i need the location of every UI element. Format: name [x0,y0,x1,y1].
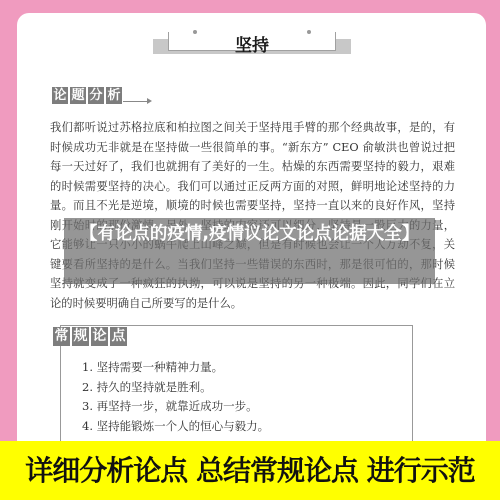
title-banner: 坚持 [153,25,351,55]
section-label-common-points: 常 规 论 点 [53,327,127,346]
list-item: 3. 再坚持一步，就靠近成功一步。 [82,397,269,417]
footer-banner: 详细分析论点 总结常规论点 进行示范 [0,441,500,500]
list-item: 2. 持久的坚持就是胜利。 [82,378,269,398]
section-label-char: 论 [91,327,108,346]
section-label-char: 论 [52,87,68,104]
page-title: 坚持 [169,31,335,56]
arrow-right-icon [147,98,152,104]
arrow-line [123,101,149,102]
title-box: 坚持 [168,32,336,51]
list-item: 4. 坚持能锻炼一个人的恒心与毅力。 [82,417,269,437]
section-label-char: 析 [106,87,122,104]
section-label-char: 点 [110,327,127,346]
section-label-char: 常 [53,327,70,346]
footer-banner-text: 详细分析论点 总结常规论点 进行示范 [0,441,500,500]
list-item: 1. 坚持需要一种精神力量。 [82,358,269,378]
section-label-char: 规 [72,327,89,346]
section-label-char: 分 [88,87,104,104]
section-label-char: 题 [70,87,86,104]
section-label-analysis: 论 题 分 析 [52,87,122,104]
common-points-list: 1. 坚持需要一种精神力量。 2. 持久的坚持就是胜利。 3. 再坚持一步，就靠… [82,358,269,436]
caption-text: 【有论点的疫情,疫情议论文论点论据大全】 [64,222,435,247]
